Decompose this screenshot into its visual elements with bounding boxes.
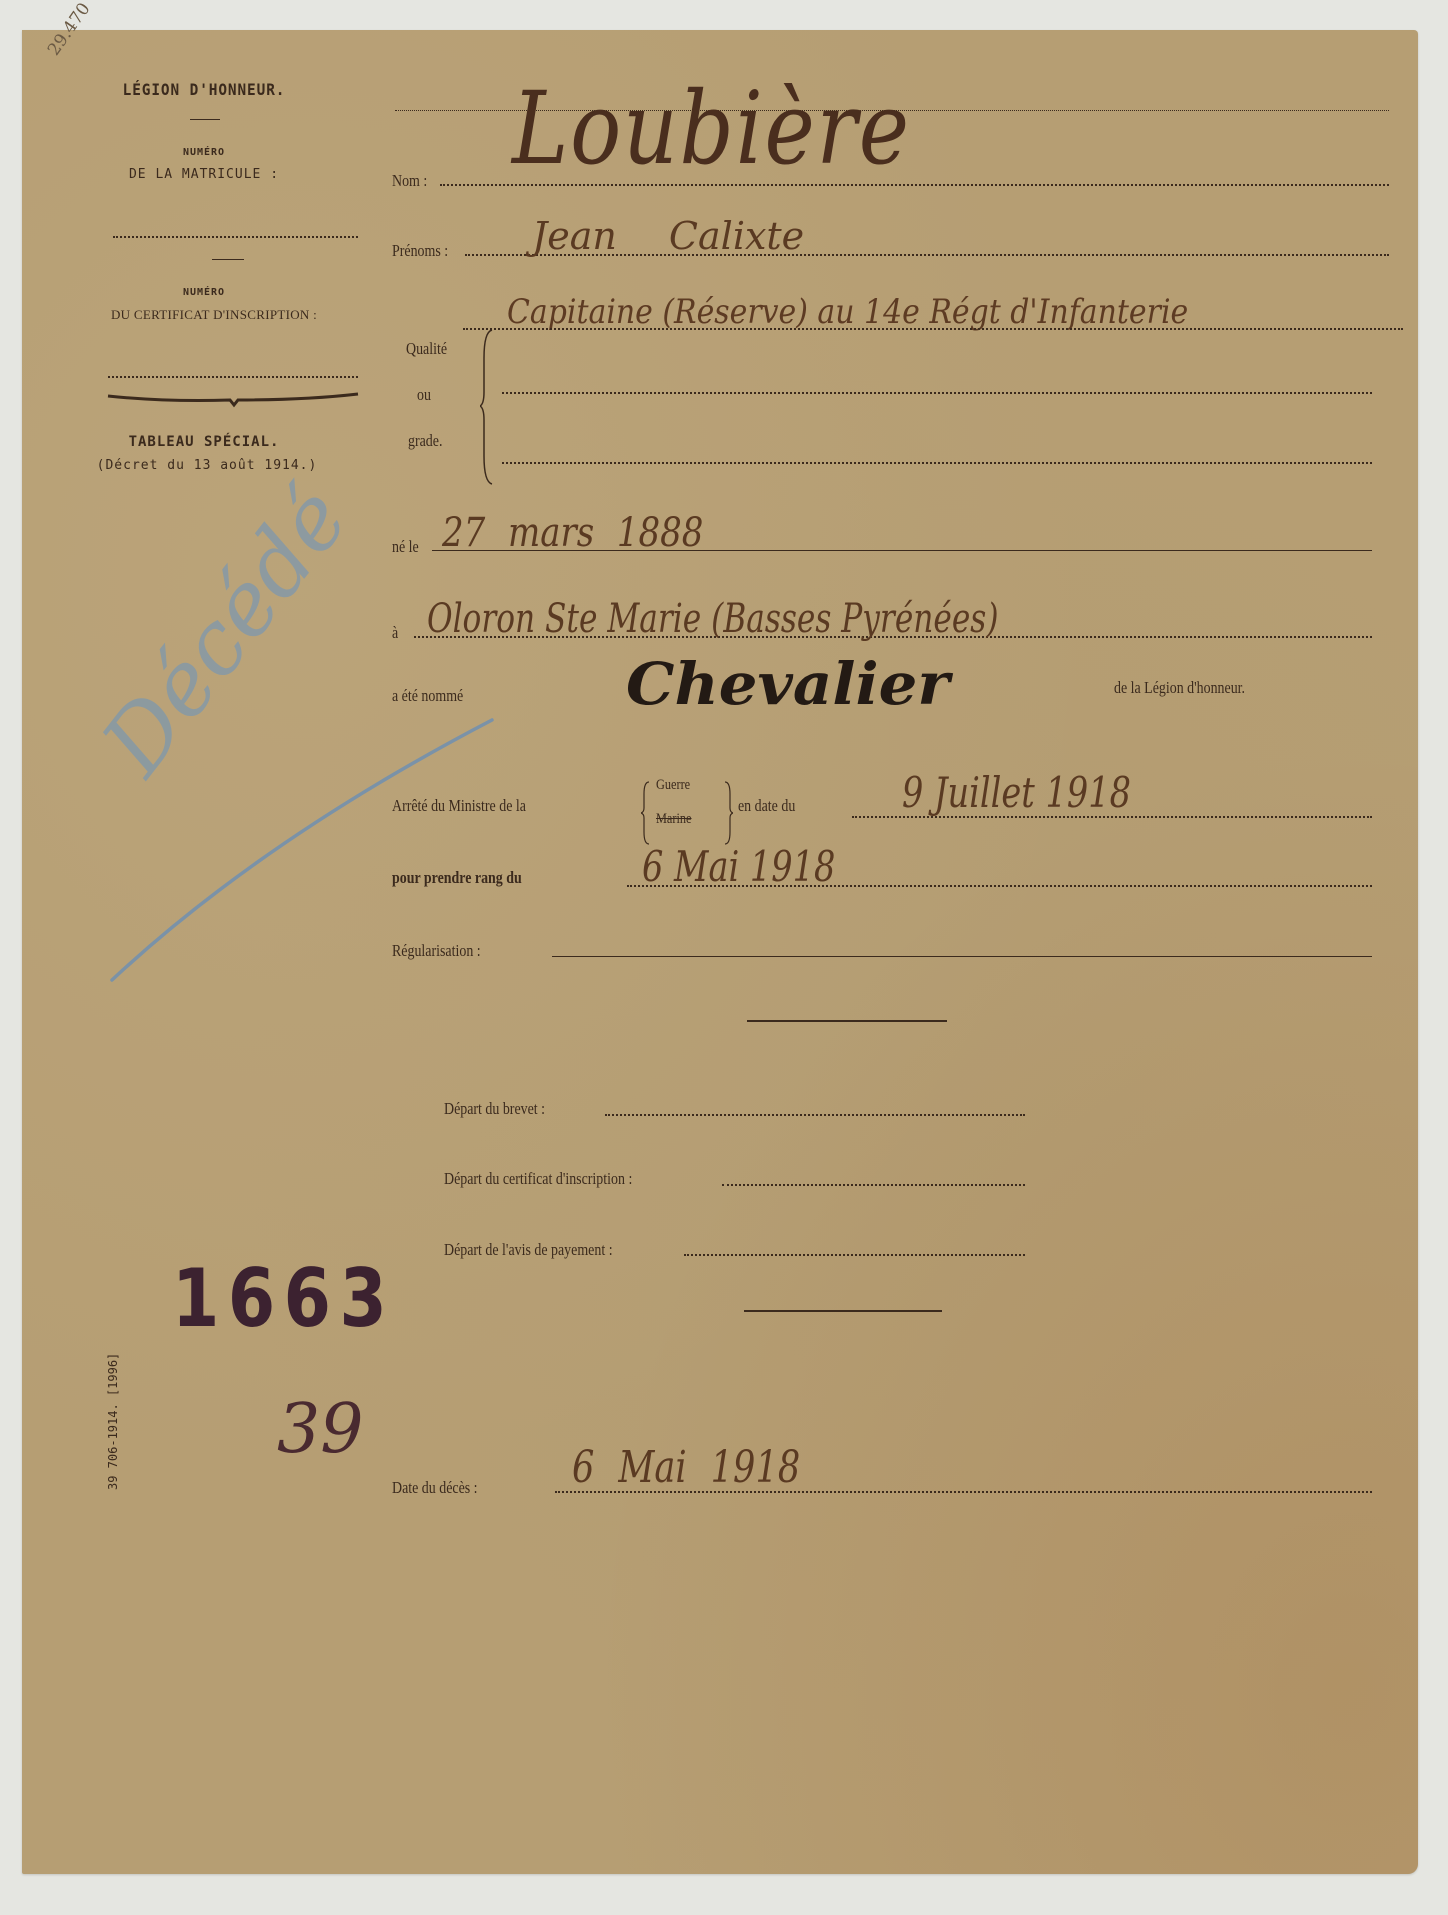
legion-suffix: de la Légion d'honneur. bbox=[1114, 678, 1245, 698]
avis-field[interactable] bbox=[684, 1254, 1025, 1256]
prenoms-value: Jean Calixte bbox=[532, 214, 804, 258]
ne-le-value: 27 mars 1888 bbox=[442, 510, 703, 556]
en-date-label: en date du bbox=[738, 796, 795, 816]
section-divider-1 bbox=[747, 1020, 947, 1022]
archive-number: 29.470 bbox=[44, 0, 95, 59]
document-sheet: 29.470 LÉGION D'HONNEUR. NUMÉRO DE LA MA… bbox=[22, 30, 1418, 1874]
certificat-depart-label: Départ du certificat d'inscription : bbox=[444, 1169, 632, 1189]
deces-label: Date du décès : bbox=[392, 1478, 478, 1498]
certificat-field-line[interactable] bbox=[108, 376, 358, 378]
divider bbox=[190, 119, 220, 120]
brevet-field[interactable] bbox=[605, 1114, 1025, 1116]
qualite-field-1[interactable] bbox=[463, 328, 1403, 330]
certificat-depart-field[interactable] bbox=[722, 1184, 1025, 1186]
nom-label: Nom : bbox=[392, 171, 427, 191]
matricule-label-1: NUMÉRO bbox=[94, 147, 314, 158]
deces-value: 6 Mai 1918 bbox=[572, 1442, 800, 1493]
ministere-brace-right bbox=[723, 780, 733, 846]
ministere-option-marine: Marine bbox=[656, 811, 692, 828]
regularisation-field[interactable] bbox=[552, 956, 1372, 957]
nom-value: Loubière bbox=[512, 70, 911, 187]
brevet-label: Départ du brevet : bbox=[444, 1099, 545, 1119]
qualite-brace bbox=[480, 328, 496, 488]
grade-title: Chevalier bbox=[626, 650, 949, 718]
ne-le-label: né le bbox=[392, 537, 419, 557]
rang-label: pour prendre rang du bbox=[392, 868, 522, 888]
avis-label: Départ de l'avis de payement : bbox=[444, 1240, 613, 1260]
form-title: LÉGION D'HONNEUR. bbox=[105, 80, 303, 99]
prenoms-label: Prénoms : bbox=[392, 241, 448, 261]
certificat-label-1: NUMÉRO bbox=[94, 287, 314, 298]
grade-label: grade. bbox=[408, 431, 442, 451]
qualite-label: Qualité bbox=[406, 339, 447, 359]
ministere-option-guerre: Guerre bbox=[656, 777, 690, 794]
matricule-field-line[interactable] bbox=[113, 236, 358, 238]
ou-label: ou bbox=[417, 385, 431, 405]
en-date-value: 9 Juillet 1918 bbox=[902, 768, 1131, 817]
matricule-label-2: DE LA MATRICULE : bbox=[94, 167, 314, 182]
certificat-label-2: DU CERTIFICAT D'INSCRIPTION : bbox=[64, 307, 364, 323]
qualite-value: Capitaine (Réserve) au 14e Régt d'Infant… bbox=[507, 292, 1188, 332]
stamp-number: 1663 bbox=[172, 1252, 395, 1345]
decret-reference: (Décret du 13 août 1914.) bbox=[62, 458, 352, 473]
qualite-field-3[interactable] bbox=[502, 462, 1372, 464]
regularisation-label: Régularisation : bbox=[392, 941, 481, 961]
handwritten-number: 39 bbox=[277, 1390, 364, 1469]
arrete-label: Arrêté du Ministre de la bbox=[392, 796, 526, 816]
printer-mark: 39 706-1914. [1996] bbox=[106, 1353, 120, 1490]
rang-value: 6 Mai 1918 bbox=[642, 842, 835, 891]
section-divider-2 bbox=[744, 1310, 942, 1312]
qualite-field-2[interactable] bbox=[502, 392, 1372, 394]
lieu-value: Oloron Ste Marie (Basses Pyrénées) bbox=[427, 596, 998, 642]
tableau-special: TABLEAU SPÉCIAL. bbox=[74, 434, 334, 450]
divider bbox=[212, 259, 244, 260]
lieu-label: à bbox=[392, 623, 398, 643]
ornamental-rule bbox=[106, 392, 360, 408]
ministere-brace-left bbox=[641, 780, 651, 846]
